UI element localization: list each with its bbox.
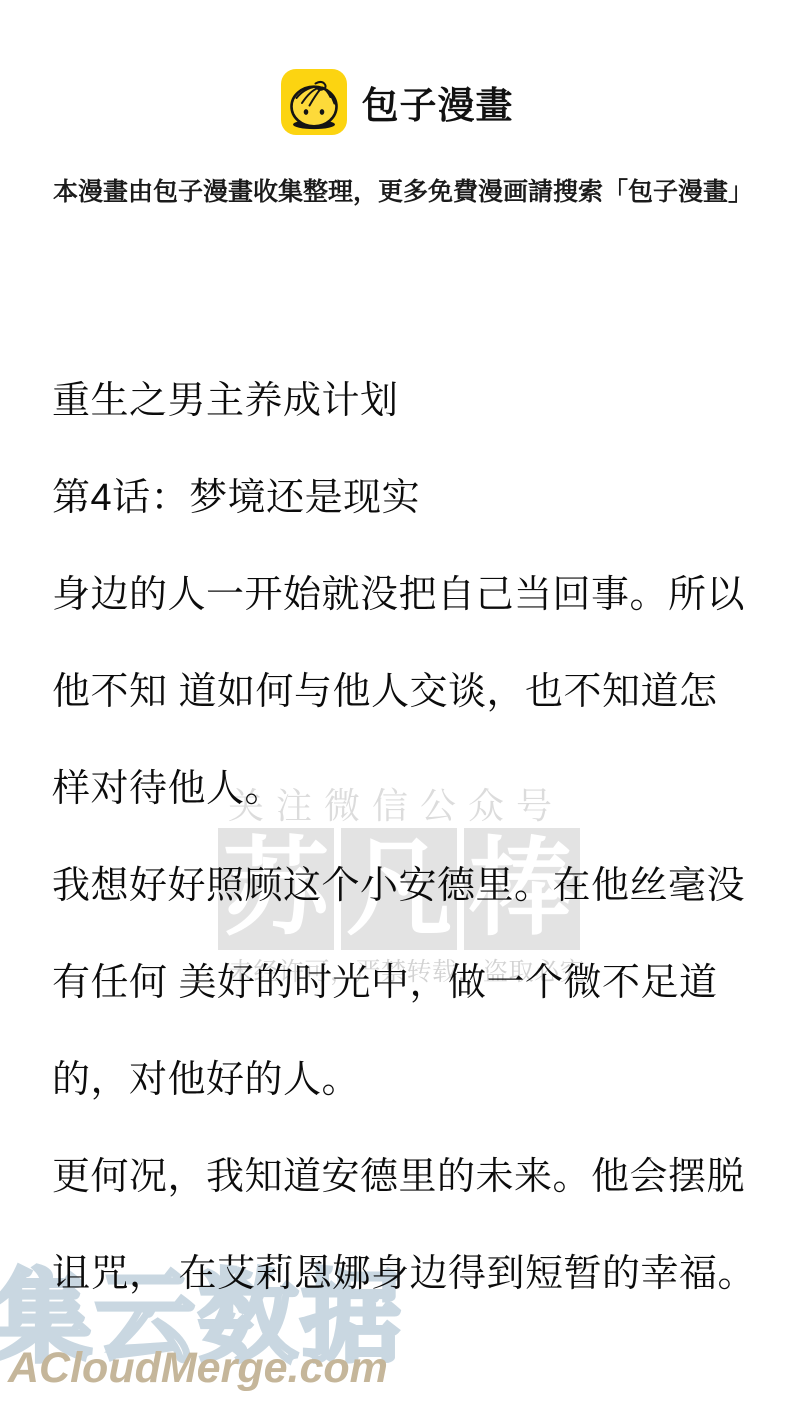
story-line: 诅咒， 在艾莉恩娜身边得到短暂的幸福。 [52, 1226, 772, 1323]
brand-name: 包子漫畫 [362, 75, 514, 129]
site-url-watermark: ACloudMerge.com [8, 1346, 388, 1390]
baozi-logo-icon [281, 69, 347, 135]
collection-notice: 本漫畫由包子漫畫收集整理，更多免費漫画請搜索「包子漫畫」 [53, 172, 763, 208]
brand-header: 包子漫畫 [0, 69, 794, 135]
story-line: 他不知 道如何与他人交谈，也不知道怎 [52, 644, 772, 741]
story-line: 身边的人一开始就没把自己当回事。所以 [52, 547, 772, 644]
story-line: 我想好好照顾这个小安德里。在他丝毫没 [52, 838, 772, 935]
story-line: 样对待他人。 [52, 741, 772, 838]
chapter-title: 第4话：梦境还是现实 [52, 450, 772, 547]
story-line: 的，对他好的人。 [52, 1032, 772, 1129]
story-title: 重生之男主养成计划 [52, 353, 772, 450]
story-line: 更何况，我知道安德里的未来。他会摆脱 [52, 1129, 772, 1226]
story-text-block: 重生之男主养成计划 第4话：梦境还是现实 身边的人一开始就没把自己当回事。所以 … [52, 353, 772, 1323]
comic-page: { "brand": { "name": "包子漫畫", "logo_color… [0, 0, 794, 1401]
story-line: 有任何 美好的时光中，做一个微不足道 [52, 935, 772, 1032]
